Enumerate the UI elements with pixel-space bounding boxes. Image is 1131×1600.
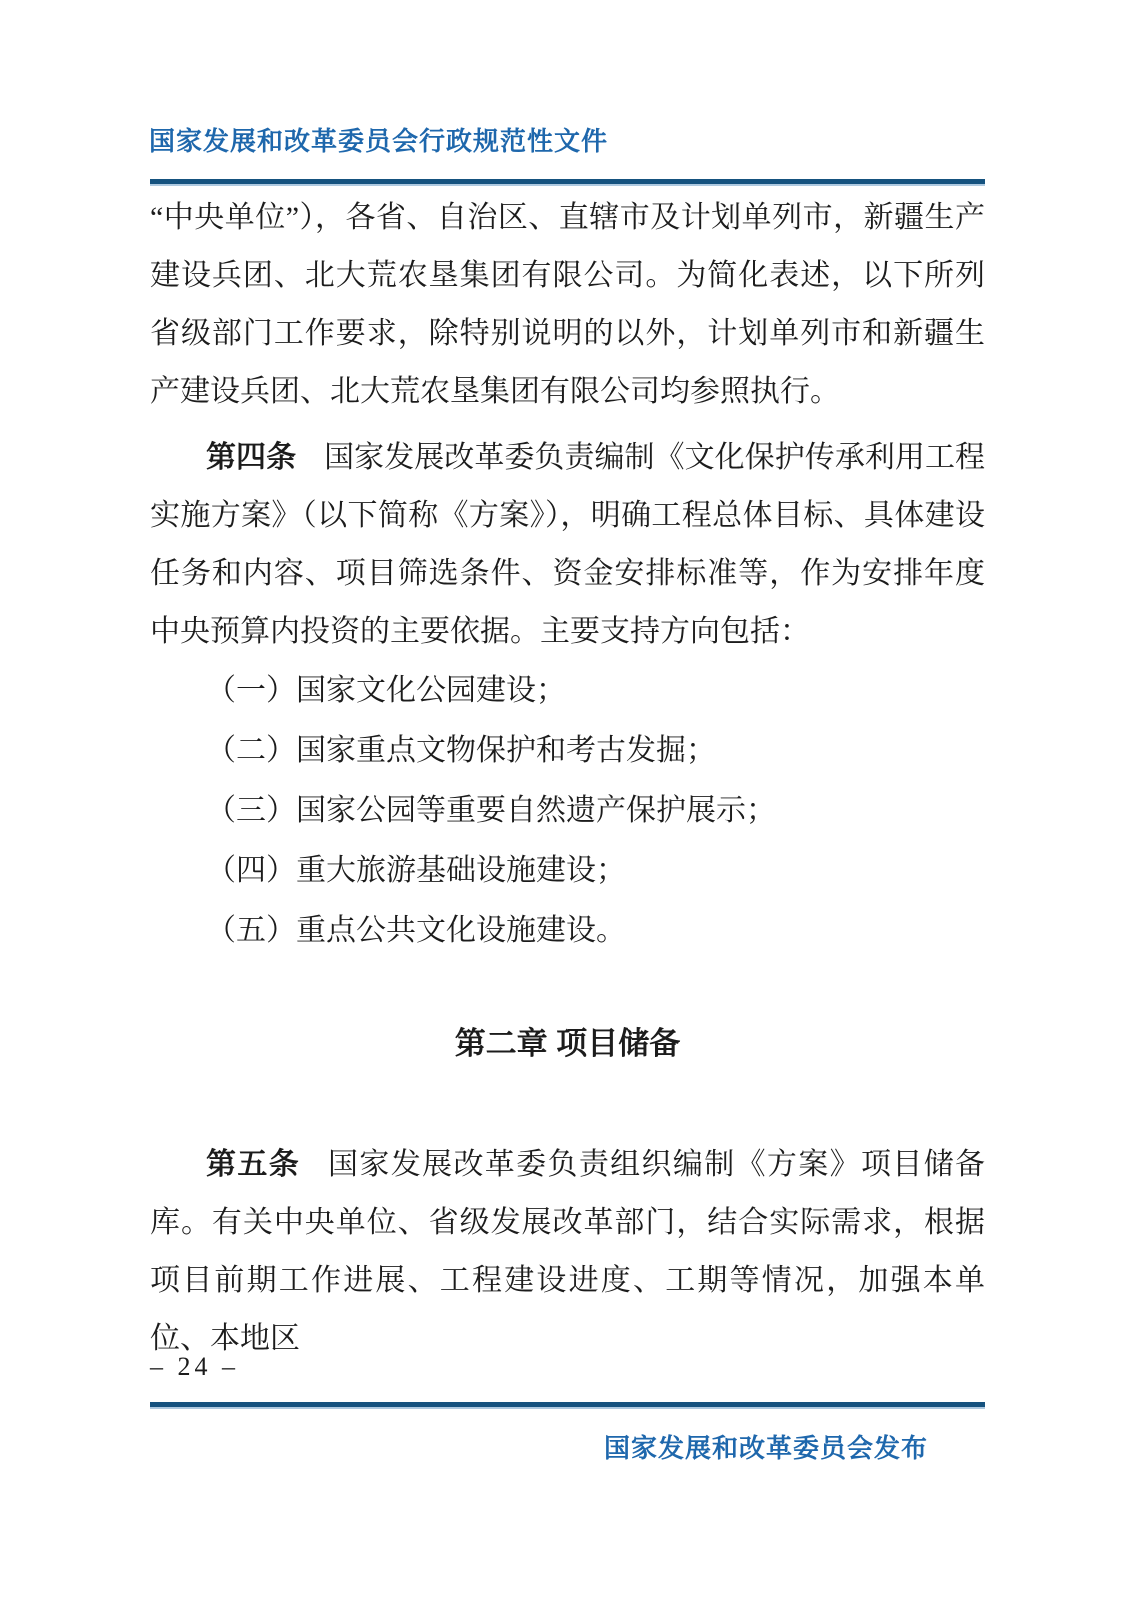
list-item-1: （一）国家文化公园建设； <box>150 661 985 721</box>
list-item-5: （五）重点公共文化设施建设。 <box>150 901 985 961</box>
header-divider <box>150 179 985 184</box>
document-page: 国家发展和改革委员会行政规范性文件 “中央单位”），各省、自治区、直辖市及计划单… <box>0 0 1131 1600</box>
article-5-label: 第五条 <box>206 1148 300 1181</box>
page-number: – 24 – <box>150 1352 239 1382</box>
document-body: “中央单位”），各省、自治区、直辖市及计划单列市，新疆生产建设兵团、北大荒农垦集… <box>150 189 985 1368</box>
article-5: 第五条国家发展改革委负责组织编制《方案》项目储备库。有关中央单位、省级发展改革部… <box>150 1136 985 1368</box>
paragraph-continuation: “中央单位”），各省、自治区、直辖市及计划单列市，新疆生产建设兵团、北大荒农垦集… <box>150 189 985 421</box>
footer-divider <box>150 1402 985 1407</box>
article-4: 第四条国家发展改革委负责编制《文化保护传承利用工程实施方案》（以下简称《方案》）… <box>150 429 985 661</box>
list-item-4: （四）重大旅游基础设施建设； <box>150 841 985 901</box>
list-item-3: （三）国家公园等重要自然遗产保护展示； <box>150 781 985 841</box>
publisher-label: 国家发展和改革委员会发布 <box>604 1428 928 1465</box>
document-header-title: 国家发展和改革委员会行政规范性文件 <box>149 121 608 158</box>
article-4-label: 第四条 <box>206 441 296 474</box>
chapter-heading: 第二章 项目储备 <box>150 1015 985 1073</box>
list-item-2: （二）国家重点文物保护和考古发掘； <box>150 721 985 781</box>
